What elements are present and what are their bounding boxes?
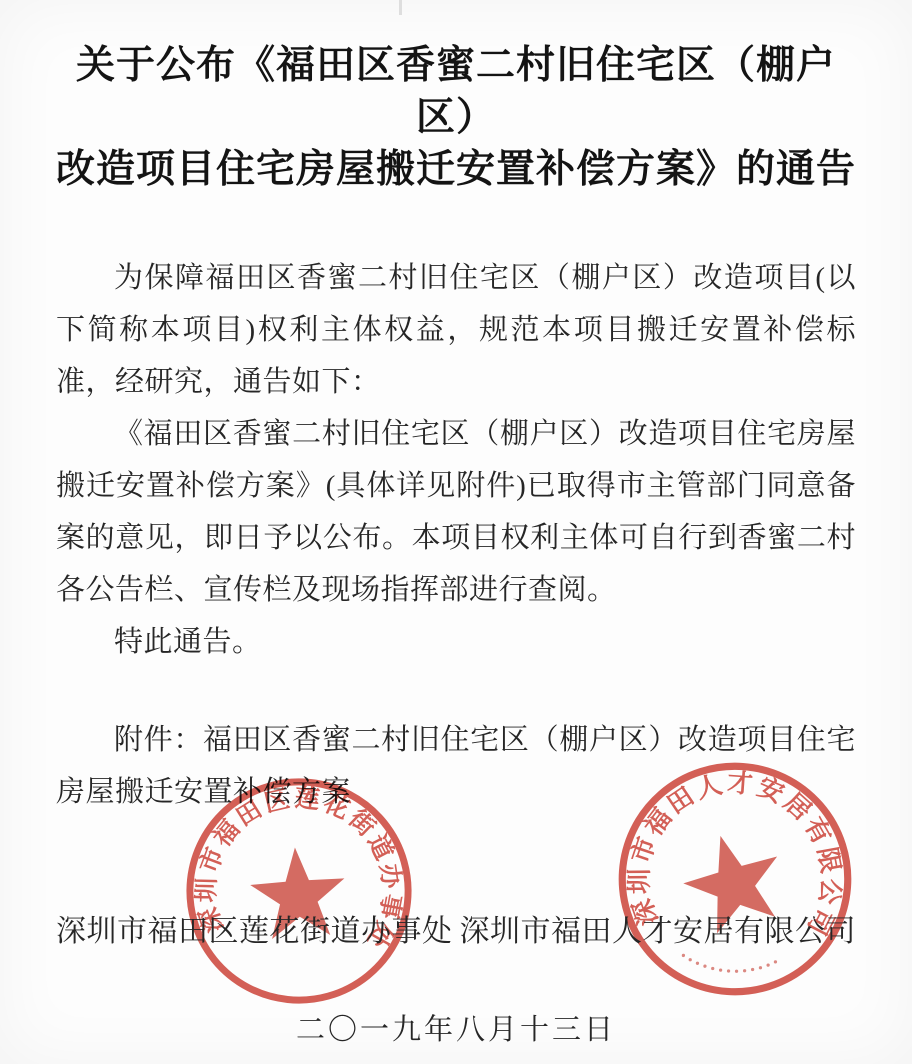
document-title: 关于公布《福田区香蜜二村旧住宅区（棚户区） 改造项目住宅房屋搬迁安置补偿方案》的… xyxy=(56,40,856,196)
attachment-line: 附件：福田区香蜜二村旧住宅区（棚户区）改造项目住宅房屋搬迁安置补偿方案 xyxy=(56,714,856,818)
document-body: 为保障福田区香蜜二村旧住宅区（棚户区）改造项目(以下简称本项目)权利主体权益，规… xyxy=(56,252,856,818)
paragraph-intro: 为保障福田区香蜜二村旧住宅区（棚户区）改造项目(以下简称本项目)权利主体权益，规… xyxy=(56,252,856,408)
scan-artifact-line xyxy=(399,0,402,15)
title-line-2: 改造项目住宅房屋搬迁安置补偿方案》的通告 xyxy=(56,144,856,196)
seal-serial-marks xyxy=(681,954,777,976)
signer-left: 深圳市福田区莲花街道办事处 xyxy=(56,914,453,950)
paragraph-main: 《福田区香蜜二村旧住宅区（棚户区）改造项目住宅房屋搬迁安置补偿方案》(具体详见附… xyxy=(56,408,856,616)
signer-right: 深圳市福田人才安居有限公司 xyxy=(460,914,857,950)
notice-document-page: 关于公布《福田区香蜜二村旧住宅区（棚户区） 改造项目住宅房屋搬迁安置补偿方案》的… xyxy=(0,0,912,1064)
title-line-1: 关于公布《福田区香蜜二村旧住宅区（棚户区） xyxy=(56,40,856,144)
paragraph-closing: 特此通告。 xyxy=(56,616,856,668)
date-line: 二〇一九年八月十三日 xyxy=(56,1012,856,1048)
signature-row: 深圳市福田区莲花街道办事处 深圳市福田人才安居有限公司 xyxy=(56,914,856,950)
